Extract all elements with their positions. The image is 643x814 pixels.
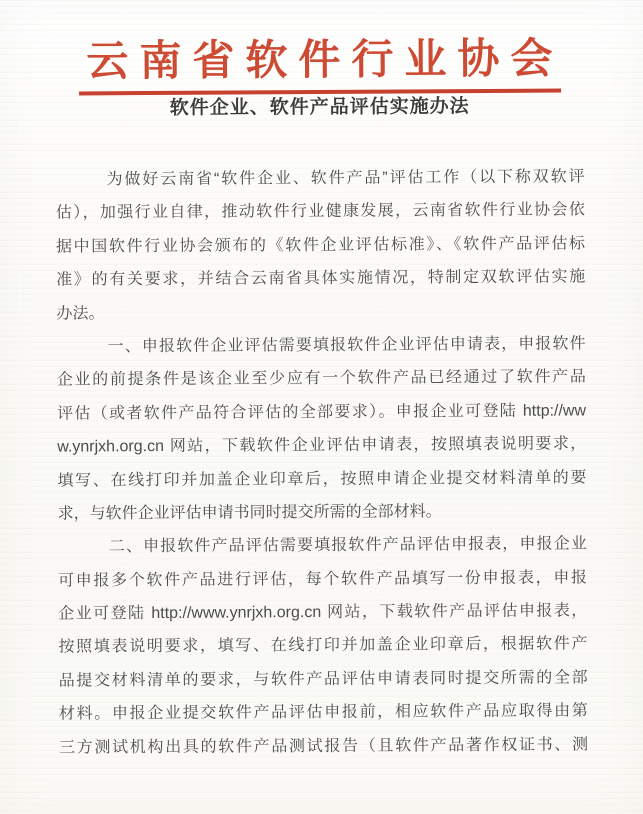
text-line: 评估（或者软件产品符合评估的全部要求）。申报企业可登陆 http://ww — [57, 394, 586, 431]
text-line: 准》的有关要求，并结合云南省具体实施情况，特制定双软评估实施 — [56, 261, 585, 298]
document-title: 软件企业、软件产品评估实施办法 — [0, 94, 641, 122]
text-line: 求，与软件企业评估申请书同时提交所需的全部材料。 — [58, 494, 587, 531]
paragraph-item-2: 二、申报软件产品评估需要填报软件产品评估申报表，申报企业 可申报多个软件产品进行… — [58, 528, 588, 765]
letterhead: 云南省软件行业协会 软件企业、软件产品评估实施办法 — [0, 34, 641, 122]
scan-content: 云南省软件行业协会 软件企业、软件产品评估实施办法 为做好云南省“软件企业、软件… — [0, 0, 643, 814]
text-line: 为做好云南省“软件企业、软件产品”评估工作（以下称双软评 — [56, 160, 585, 197]
paragraph-intro: 为做好云南省“软件企业、软件产品”评估工作（以下称双软评 估），加强行业自律，推… — [56, 160, 586, 330]
document-body: 为做好云南省“软件企业、软件产品”评估工作（以下称双软评 估），加强行业自律，推… — [56, 160, 589, 764]
text-line: 二、申报软件产品评估需要填报软件产品评估申报表，申报企业 — [58, 528, 587, 565]
text-line: 办法。 — [56, 294, 585, 331]
text-line: 按照填表说明要求，填写、在线打印并加盖企业印章后，根据软件产 — [58, 628, 587, 665]
text-line: 企业可登陆 http://www.ynrjxh.org.cn 网站，下载软件产品… — [58, 594, 587, 631]
text-line: 三方测试机构出具的软件产品测试报告（且软件产品著作权证书、测 — [59, 728, 588, 765]
text-line: 估），加强行业自律，推动软件行业健康发展，云南省软件行业协会依 — [56, 194, 585, 231]
text-line: w.ynrjxh.org.cn 网站，下载软件企业评估申请表，按照填表说明要求， — [57, 428, 586, 465]
text-line: 材料。申报企业提交软件产品评估申报前，相应软件产品应取得由第 — [59, 695, 588, 732]
scanned-document-page: 云南省软件行业协会 软件企业、软件产品评估实施办法 为做好云南省“软件企业、软件… — [0, 0, 643, 814]
paragraph-item-1: 一、申报软件企业评估需要填报软件企业评估申请表，申报软件 企业的前提条件是该企业… — [57, 327, 587, 531]
text-line: 一、申报软件企业评估需要填报软件企业评估申请表，申报软件 — [57, 327, 586, 364]
text-line: 品提交材料清单的要求，与软件产品评估申请表同时提交所需的全部 — [59, 661, 588, 698]
text-line: 填写、在线打印并加盖企业印章后，按照申请企业提交材料清单的要 — [57, 461, 586, 498]
text-line: 企业的前提条件是该企业至少应有一个软件产品已经通过了软件产品 — [57, 361, 586, 398]
text-line: 据中国软件行业协会颁布的《软件企业评估标准》、《软件产品评估标 — [56, 227, 585, 264]
text-line: 可申报多个软件产品进行评估，每个软件产品填写一份申报表，申报 — [58, 561, 587, 598]
organization-name: 云南省软件行业协会 — [0, 34, 641, 86]
